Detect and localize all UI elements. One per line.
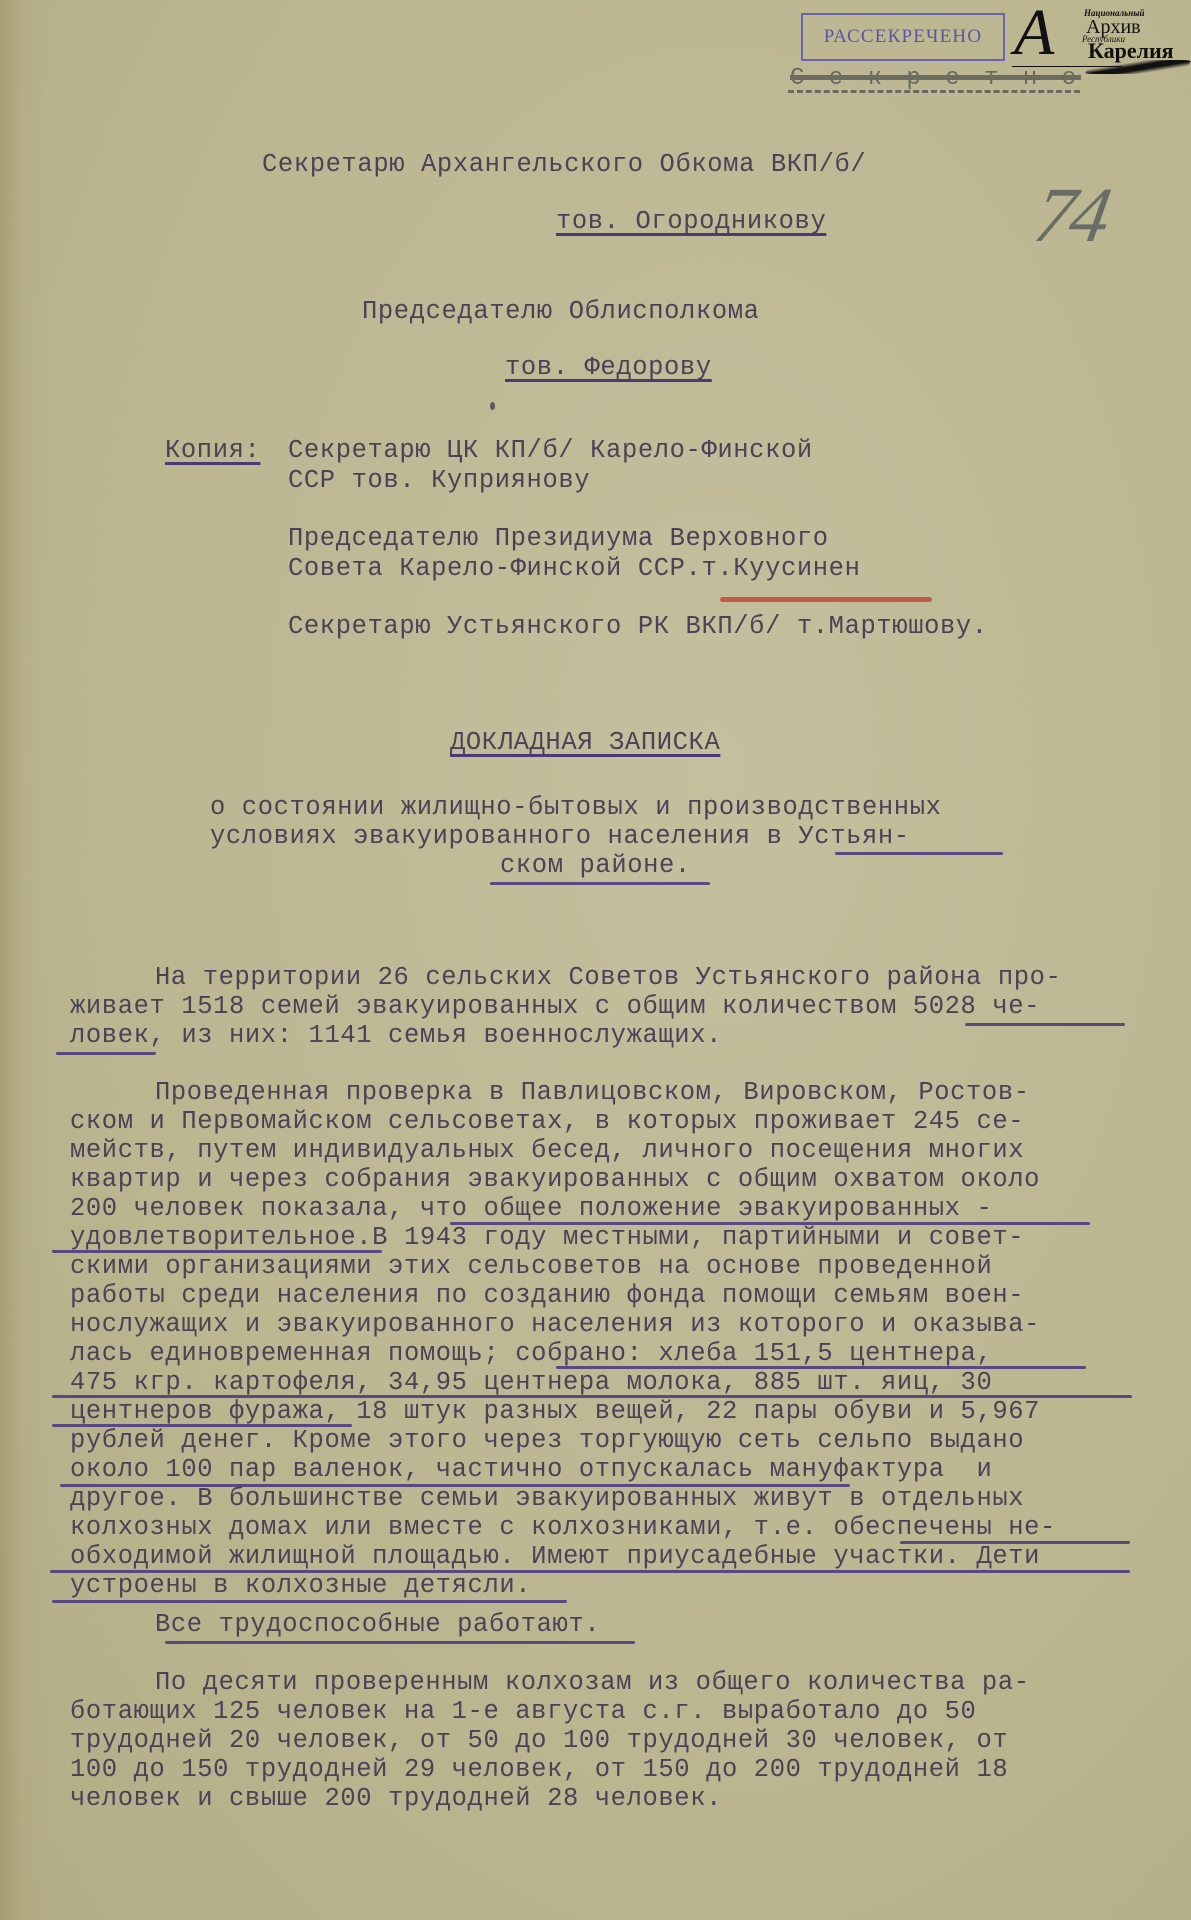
- p2-line-2: ском и Первомайском сельсоветах, в котор…: [70, 1107, 1024, 1136]
- p2-line-17: обходимой жилищной площадью. Имеют приус…: [70, 1542, 1040, 1571]
- pen-underline: [490, 882, 710, 885]
- p2-line-11: 475 кгр. картофеля, 34,95 центнера молок…: [70, 1368, 992, 1397]
- p2-line-14: около 100 пар валенок, частично отпускал…: [70, 1455, 992, 1484]
- p4-line-5: человек и свыше 200 трудодней 28 человек…: [70, 1784, 722, 1813]
- p2-line-12: центнеров фуража, 18 штук разных вещей, …: [70, 1397, 1040, 1426]
- pen-underline: [165, 1641, 635, 1644]
- p1-line-3: ловек, из них: 1141 семья военнослужащих…: [70, 1021, 722, 1050]
- addressee-2-role: Председателю Облисполкома: [362, 297, 760, 326]
- p2-line-8: работы среди населения по созданию фонда…: [70, 1281, 1024, 1310]
- copy-2-line1: Председателю Президиума Верховного: [288, 524, 829, 553]
- p2-line-16: колхозных домах или вместе с колхозникам…: [70, 1513, 1056, 1542]
- p1-line-2: живает 1518 семей эвакуированных с общим…: [70, 992, 1040, 1021]
- red-pencil-underline: [720, 597, 932, 602]
- p4-line-4: 100 до 150 трудодней 29 человек, от 150 …: [70, 1755, 1008, 1784]
- copy-3-line1: Секретарю Устьянского РК ВКП/б/ т.Мартюш…: [288, 612, 988, 641]
- pen-underline: [835, 852, 1003, 855]
- p2-line-4: квартир и через собрания эвакуированных …: [70, 1165, 1040, 1194]
- p2-line-5: 200 человек показала, что общее положени…: [70, 1194, 992, 1223]
- ink-dot: [490, 402, 495, 410]
- pen-underline: [52, 1600, 567, 1603]
- addressee-1-name: тов. Огородникову: [556, 207, 826, 236]
- pen-underline: [56, 1052, 156, 1055]
- copy-2-line2: Совета Карело-Финской ССР.т.Куусинен: [288, 554, 861, 583]
- p3-line-1: Все трудоспособные работают.: [155, 1610, 600, 1639]
- quill-icon: [1085, 60, 1191, 74]
- folio-number-handwritten: 74: [1028, 170, 1114, 260]
- p2-line-6: удовлетворительное.В 1943 году местными,…: [70, 1223, 1024, 1252]
- addressee-2-name: тов. Федорову: [505, 353, 712, 382]
- p2-line-10: лась единовременная помощь; собрано: хле…: [70, 1339, 992, 1368]
- archive-logo: А Национальный Архив Республики Карелия: [1012, 6, 1188, 76]
- addressee-1-role: Секретарю Архангельского Обкома ВКП/б/: [262, 150, 866, 179]
- document-page: РАССЕКРЕЧЕНО С е к р е т н о А Националь…: [0, 0, 1191, 1920]
- p4-line-3: трудодней 20 человек, от 50 до 100 трудо…: [70, 1726, 1008, 1755]
- p4-line-2: ботающих 125 человек на 1-е августа с.г.…: [70, 1697, 976, 1726]
- p1-line-1: На территории 26 сельских Советов Устьян…: [155, 963, 1061, 992]
- subtitle-line-3: ском районе.: [500, 851, 691, 880]
- p2-line-9: нослужащих и эвакуированного населения и…: [70, 1310, 1040, 1339]
- pen-underline: [965, 1023, 1125, 1026]
- p4-line-1: По десяти проверенным колхозам из общего…: [155, 1668, 1030, 1697]
- p2-line-18: устроены в колхозные детясли.: [70, 1571, 531, 1600]
- subtitle-line-1: о состоянии жилищно-бытовых и производст…: [210, 793, 942, 822]
- subtitle-line-2: условиях эвакуированного населения в Уст…: [210, 822, 910, 851]
- secret-mark-underline: [788, 90, 1080, 93]
- p2-line-3: мейств, путем индивидуальных бесед, личн…: [70, 1136, 1024, 1165]
- copy-1-line2: ССР тов. Куприянову: [288, 466, 590, 495]
- p2-line-1: Проведенная проверка в Павлицовском, Вир…: [155, 1078, 1030, 1107]
- p2-line-7: скими организациями этих сельсоветов на …: [70, 1252, 992, 1281]
- copy-1-line1: Секретарю ЦК КП/б/ Карело-Финской: [288, 436, 813, 465]
- p2-line-13: рублей денег. Кроме этого через торгующу…: [70, 1426, 1024, 1455]
- document-heading: ДОКЛАДНАЯ ЗАПИСКА: [450, 728, 720, 757]
- copy-label: Копия:: [165, 436, 260, 465]
- p2-line-15: другое. В большинстве семьи эвакуированн…: [70, 1484, 1024, 1513]
- archive-logo-line4: Карелия: [1088, 40, 1174, 62]
- archive-logo-initial: А: [1014, 0, 1054, 66]
- declassified-stamp: РАССЕКРЕЧЕНО: [801, 13, 1005, 61]
- declassified-stamp-text: РАССЕКРЕЧЕНО: [824, 26, 983, 48]
